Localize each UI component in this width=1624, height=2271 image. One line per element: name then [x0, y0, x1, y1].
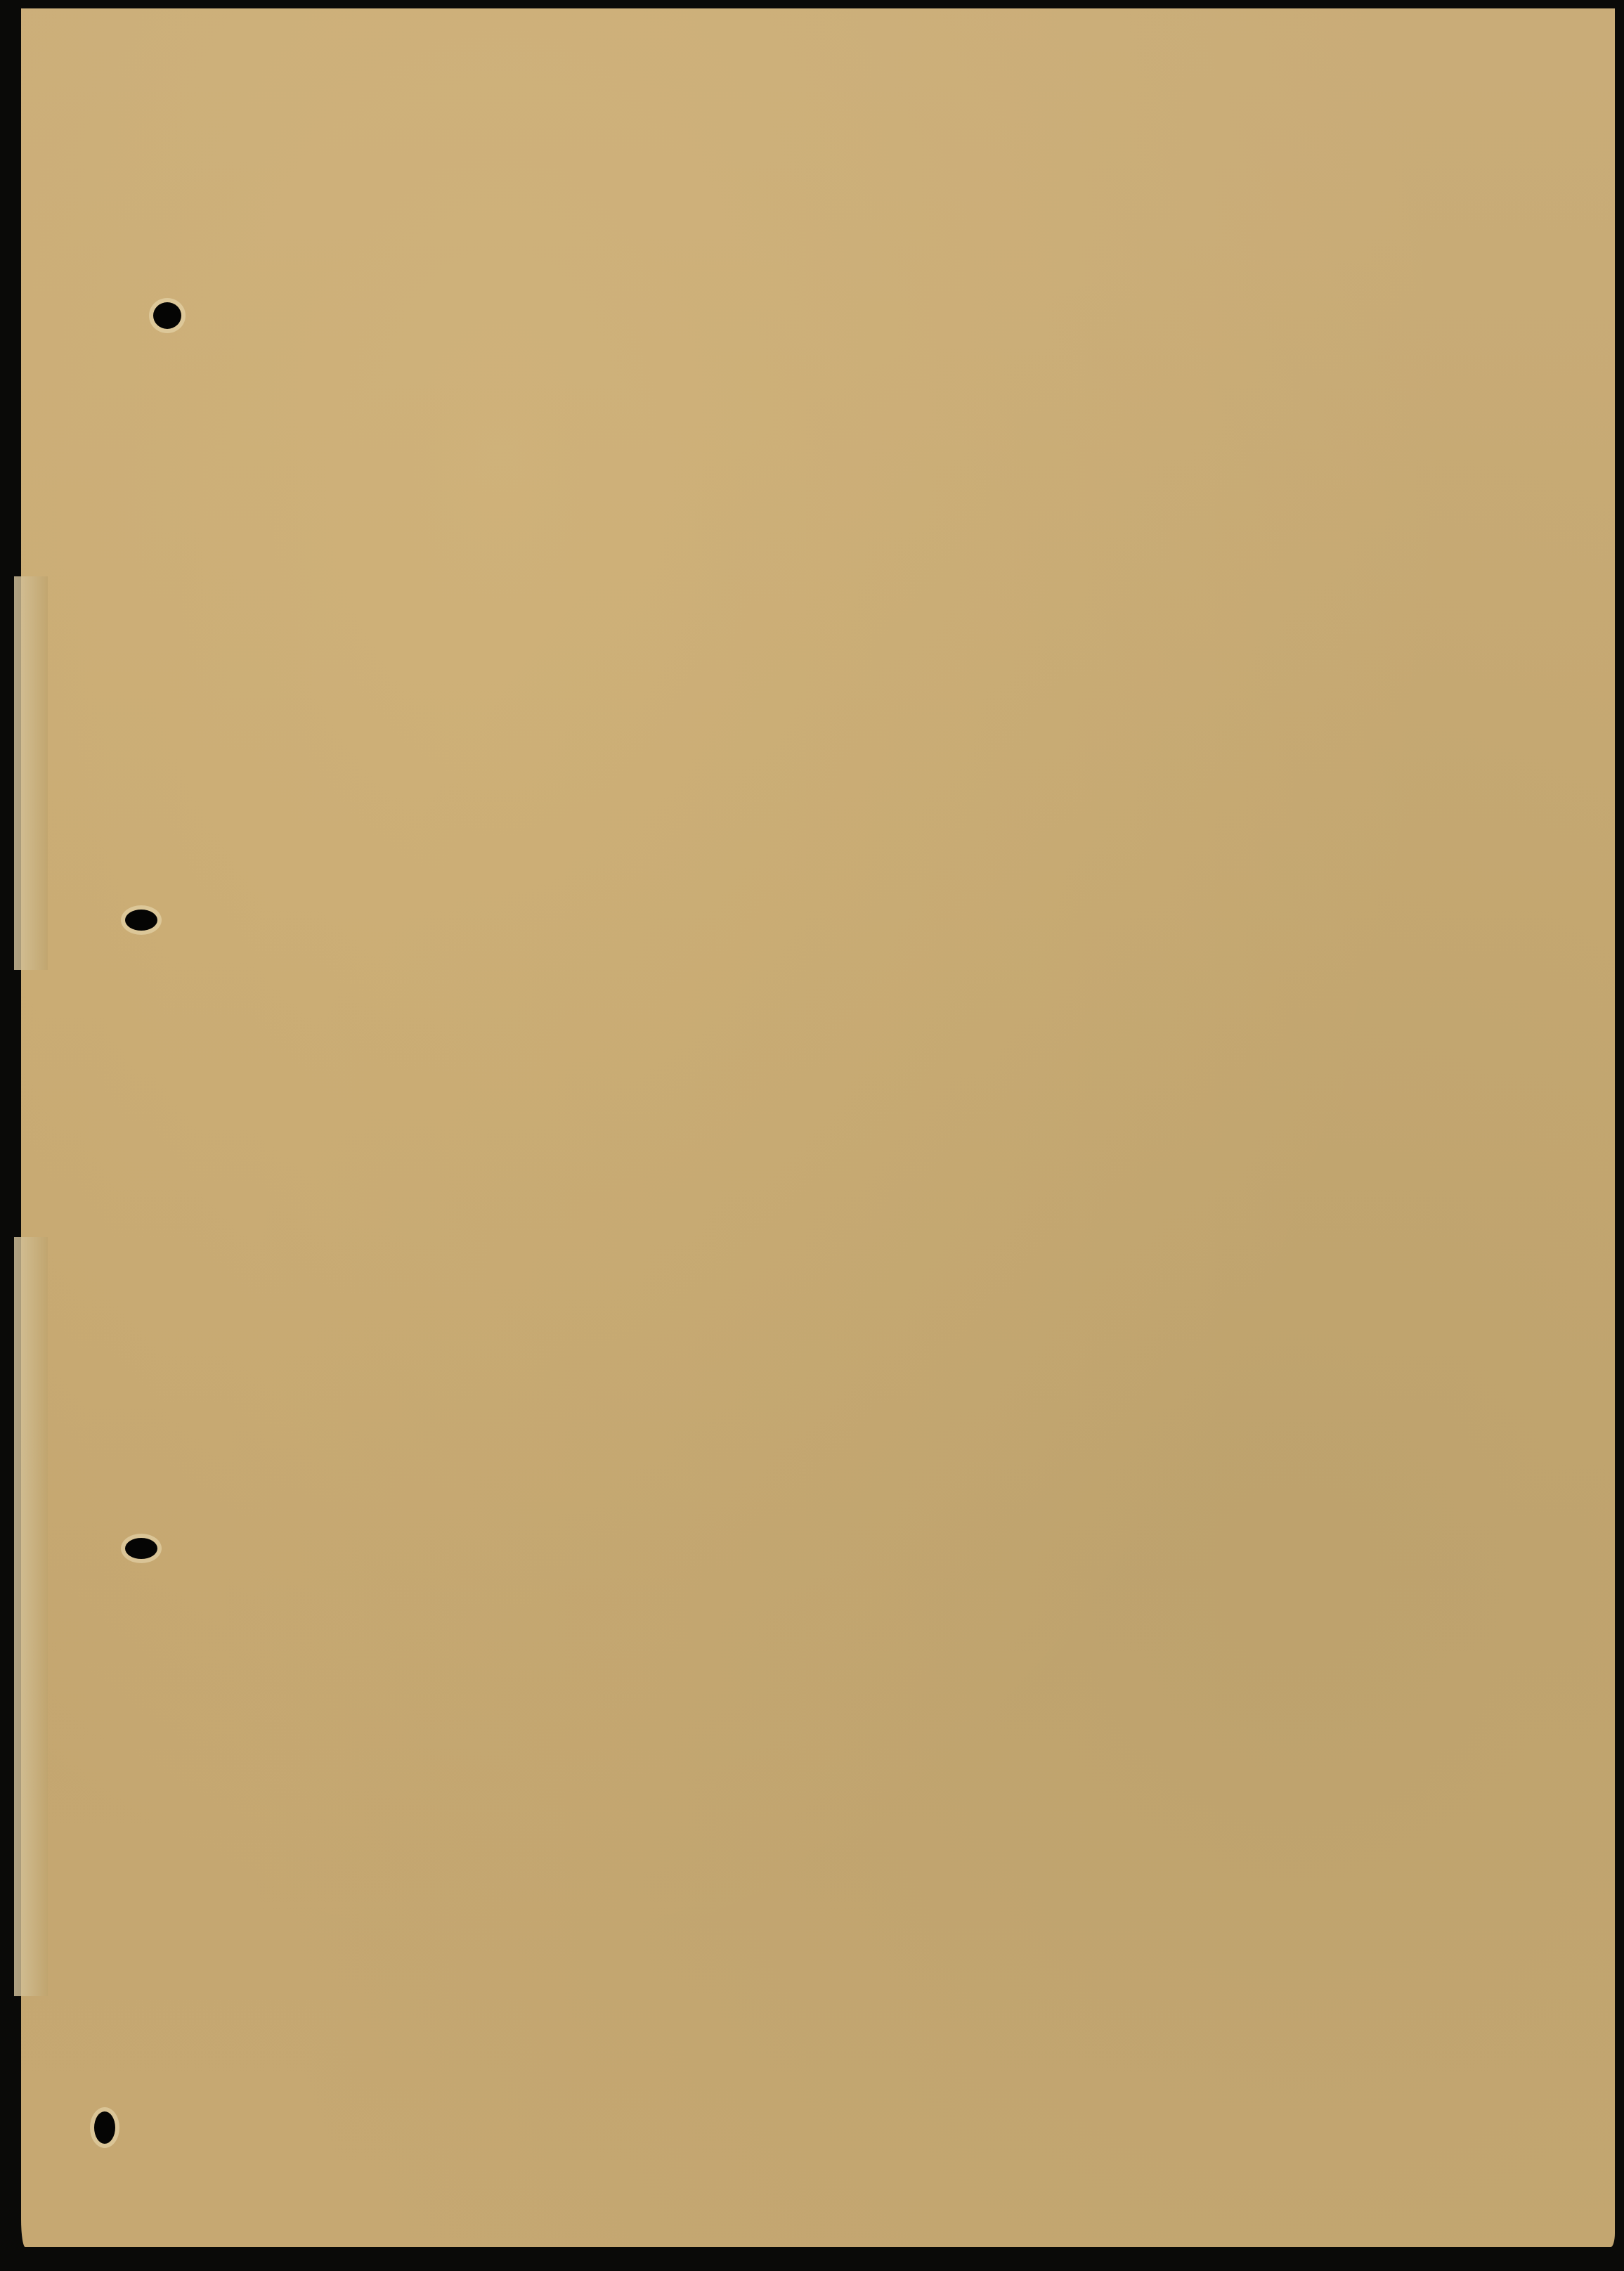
commissar-signature-block — [1103, 1276, 1141, 1507]
paragraph-1-own-forces — [232, 393, 309, 1450]
punch-hole — [153, 302, 181, 329]
distribution-notes — [162, 1378, 197, 1749]
report-body — [232, 327, 309, 2266]
chief-of-staff-signature-block — [548, 1413, 585, 1578]
commander-signature-block — [386, 1272, 436, 1503]
torn-edge — [14, 576, 48, 970]
paragraph-3-decision — [232, 2035, 309, 2233]
punch-hole — [125, 910, 157, 931]
punch-hole — [94, 2111, 115, 2144]
paragraph-2-enemy — [232, 1544, 309, 1941]
punch-hole — [125, 1538, 157, 1559]
report-title — [379, 224, 419, 406]
torn-edge — [14, 1237, 48, 1996]
